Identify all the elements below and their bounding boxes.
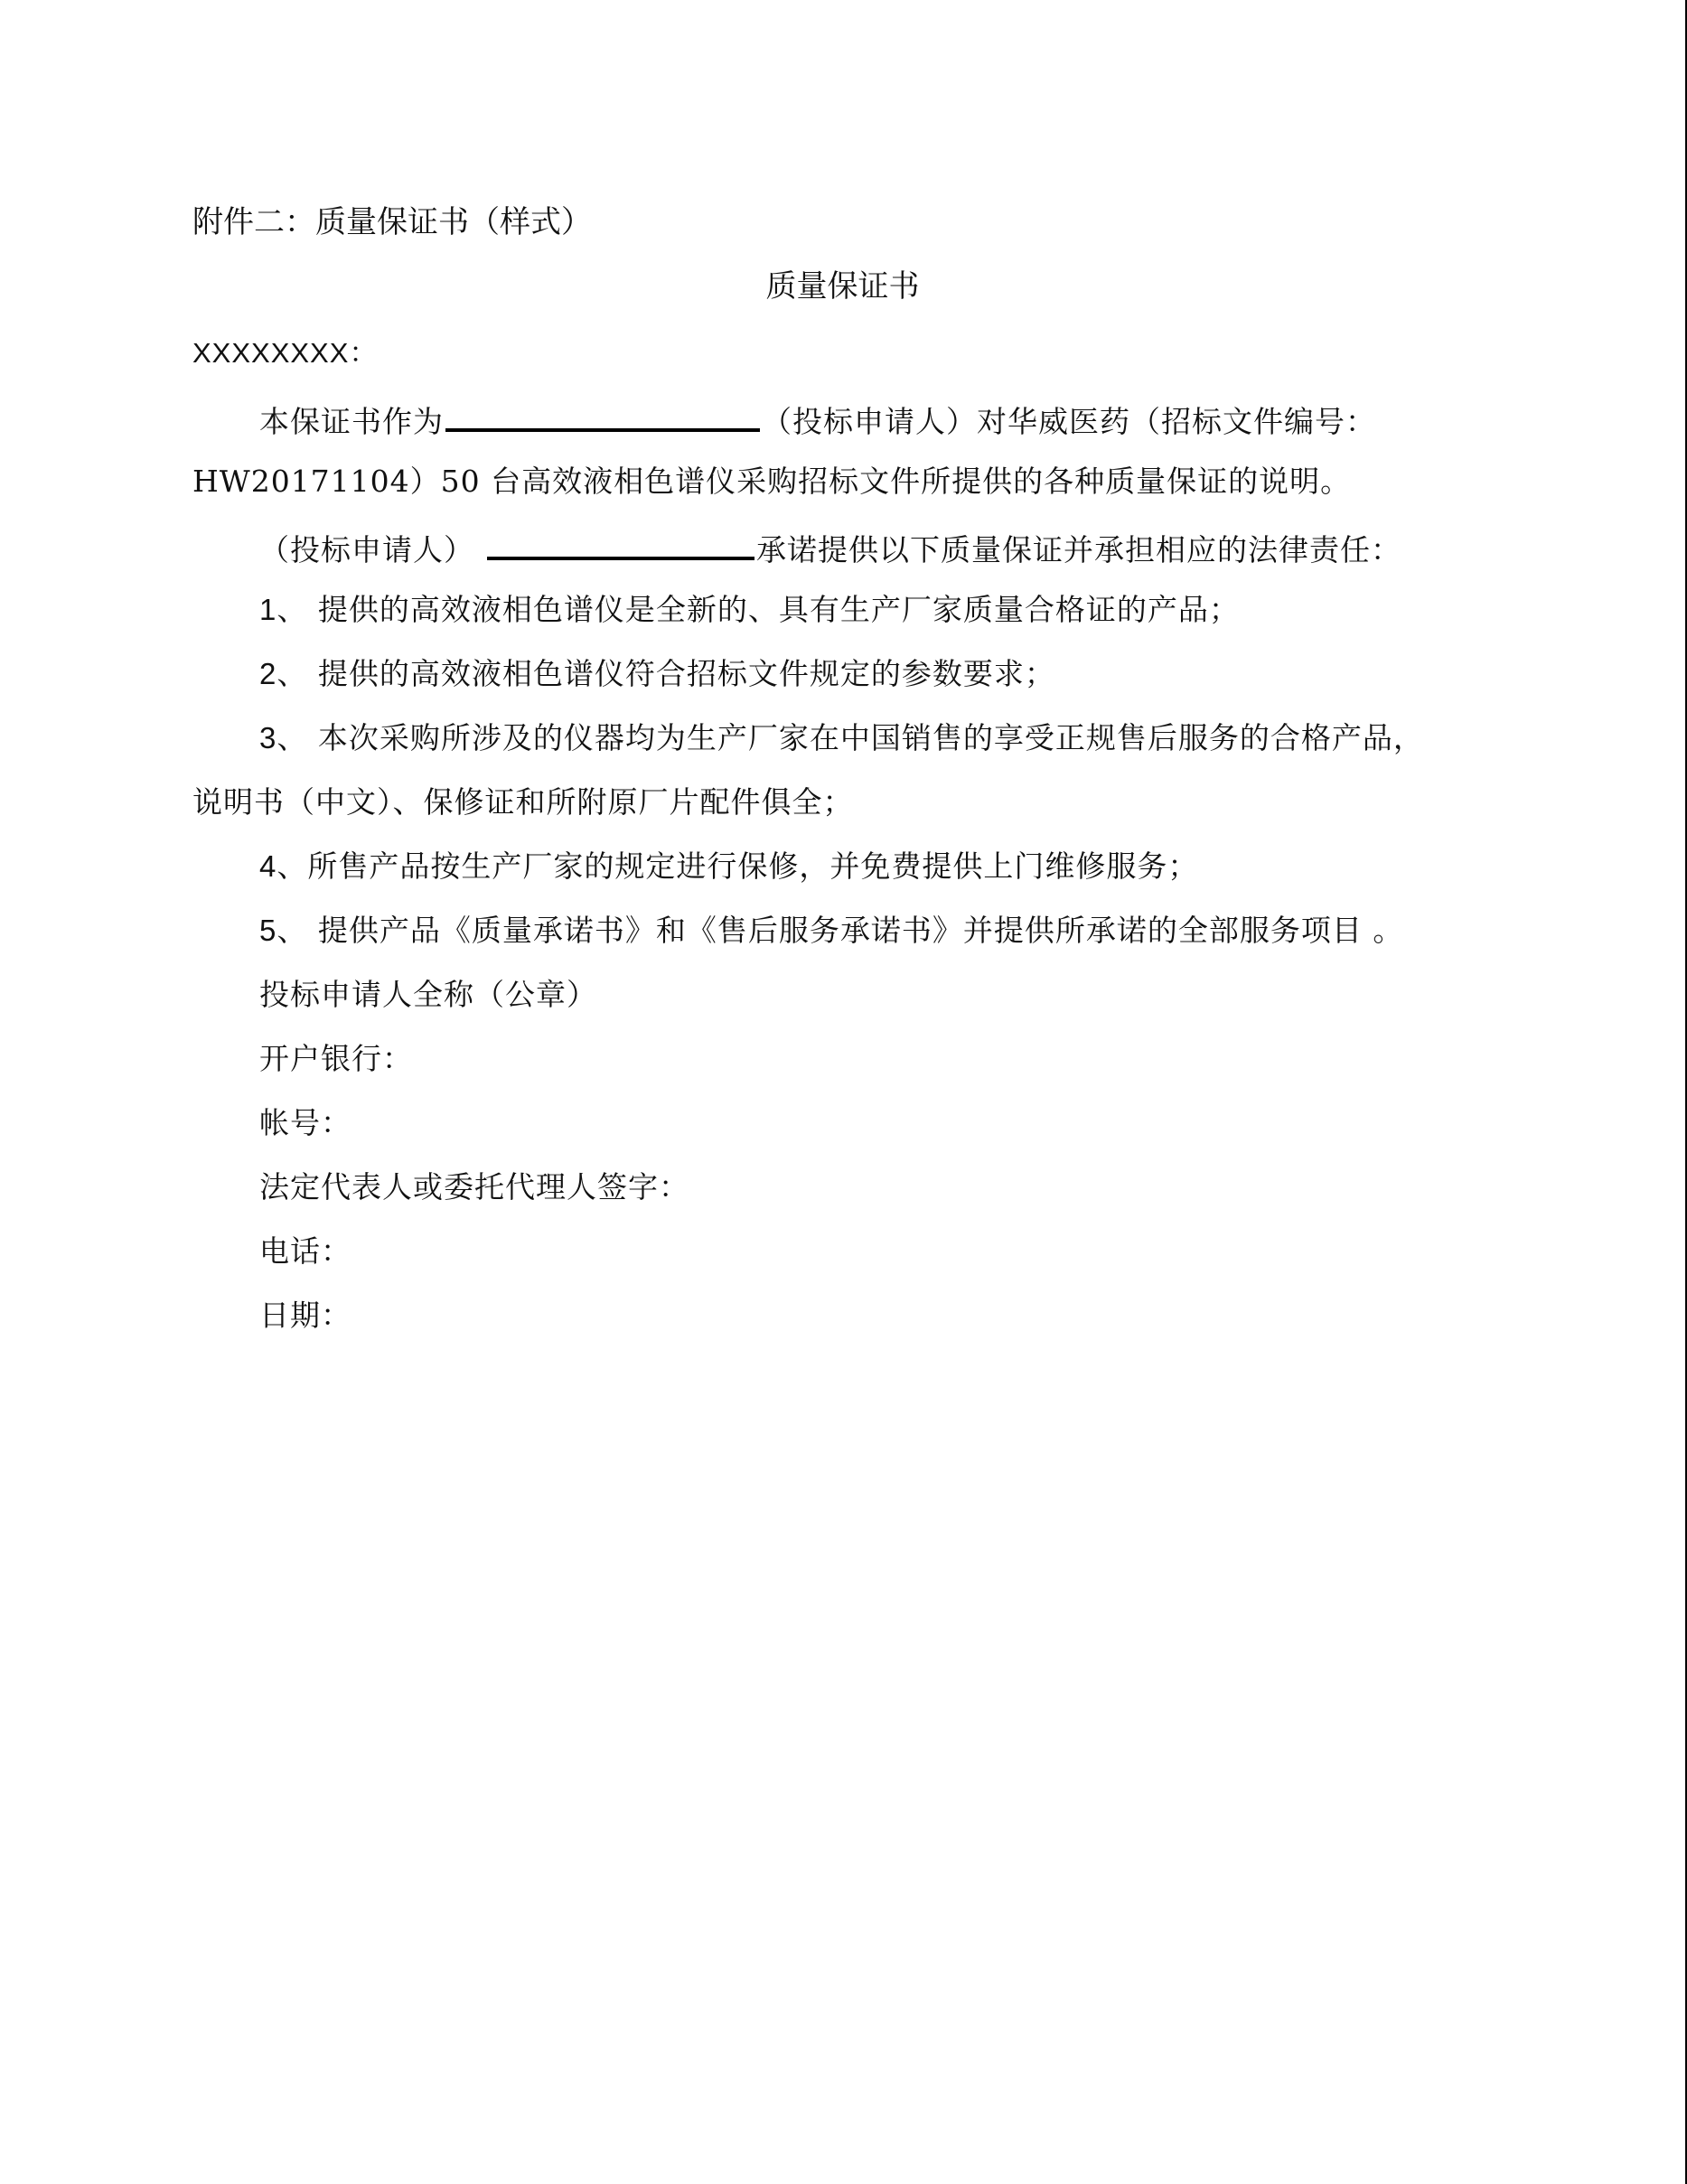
commitment-text-1: （投标申请人） — [259, 532, 474, 567]
list-item: 1、 提供的高效液相色谱仪是全新的、具有生产厂家质量合格证的产品； — [259, 592, 1240, 628]
document-title: 质量保证书 — [0, 268, 1685, 305]
item-text: 提供的高效液相色谱仪是全新的、具有生产厂家质量合格证的产品； — [318, 592, 1240, 627]
field-phone: 电话： — [259, 1233, 351, 1270]
item-text: 所售产品按生产厂家的规定进行保修，并免费提供上门维修服务； — [307, 848, 1198, 884]
commitment-line: （投标申请人）承诺提供以下质量保证并承担相应的法律责任： — [259, 528, 1401, 568]
field-representative-signature: 法定代表人或委托代理人签字： — [259, 1169, 689, 1205]
item-number: 5、 — [259, 914, 307, 947]
item-number: 4、 — [259, 849, 307, 883]
list-item-continuation: 说明书（中文）、保修证和所附原厂片配件俱全； — [192, 784, 854, 820]
item-number: 2、 — [259, 657, 307, 690]
field-date: 日期： — [259, 1298, 351, 1334]
item-text: 提供的高效液相色谱仪符合招标文件规定的参数要求； — [318, 656, 1055, 691]
list-item: 5、 提供产品《质量承诺书》和《售后服务承诺书》并提供所承诺的全部服务项目 。 — [259, 913, 1403, 949]
intro-line-2: HW20171104）50 台高效液相色谱仪采购招标文件所提供的各种质量保证的说… — [192, 464, 1351, 500]
item-number: 3、 — [259, 721, 307, 755]
applicant-commit-blank[interactable] — [487, 528, 754, 560]
item-number: 1、 — [259, 593, 307, 626]
intro-text-1: 本保证书作为 — [259, 404, 444, 439]
commitment-text-2: 承诺提供以下质量保证并承担相应的法律责任： — [756, 532, 1401, 567]
document-page: 附件二：质量保证书（样式） 质量保证书 XXXXXXXX： 本保证书作为（投标申… — [0, 0, 1685, 2184]
intro-text-2: （投标申请人）对华威医药（招标文件编号： — [762, 404, 1376, 439]
item-text: 本次采购所涉及的仪器均为生产厂家在中国销售的享受正规售后服务的合格产品， — [318, 720, 1424, 755]
list-item: 3、 本次采购所涉及的仪器均为生产厂家在中国销售的享受正规售后服务的合格产品， — [259, 720, 1424, 756]
intro-line-1: 本保证书作为（投标申请人）对华威医药（招标文件编号： — [259, 399, 1376, 440]
addressee: XXXXXXXX： — [192, 335, 378, 371]
field-applicant-full-name: 投标申请人全称（公章） — [259, 977, 597, 1013]
item-text: 提供产品《质量承诺书》和《售后服务承诺书》并提供所承诺的全部服务项目 。 — [318, 913, 1404, 948]
attachment-heading: 附件二：质量保证书（样式） — [192, 204, 592, 240]
list-item: 2、 提供的高效液相色谱仪符合招标文件规定的参数要求； — [259, 656, 1055, 692]
applicant-name-blank[interactable] — [445, 399, 760, 432]
list-item: 4、所售产品按生产厂家的规定进行保修，并免费提供上门维修服务； — [259, 848, 1198, 885]
field-account-number: 帐号： — [259, 1105, 351, 1141]
field-bank: 开户银行： — [259, 1041, 413, 1077]
